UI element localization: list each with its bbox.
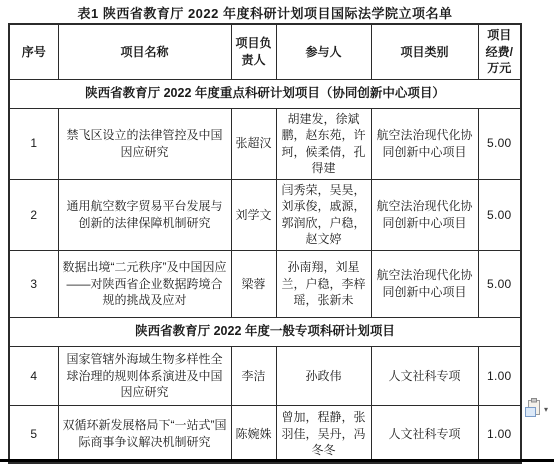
section-header: 陕西省教育厅 2022 年度一般专项科研计划项目 [9, 318, 521, 347]
cell-participants: 孙南翔，刘星兰，户稳，李梓瑶，张新未 [276, 251, 371, 318]
col-header-leader: 项目负责人 [231, 24, 276, 79]
cell-leader: 李洁 [231, 347, 276, 406]
projects-table: 序号 项目名称 项目负责人 参与人 项目类别 项目经费/万元 陕西省教育厅 20… [8, 23, 522, 464]
cell-project-name: 禁飞区设立的法律管控及中国因应研究 [58, 108, 231, 179]
cell-project-name: 通用航空数字贸易平台发展与创新的法律保障机制研究 [58, 179, 231, 250]
cell-serial: 1 [9, 108, 58, 179]
cell-funding: 5.00 [478, 179, 521, 250]
cell-participants: 曾加，程静，张羽佳，吴丹，冯冬冬 [276, 406, 371, 464]
bottom-divider [0, 459, 554, 462]
document-page: 表1 陕西省教育厅 2022 年度科研计划项目国际法学院立项名单 序号 项目名称… [0, 0, 554, 468]
col-header-serial: 序号 [9, 24, 58, 79]
col-header-category: 项目类别 [371, 24, 478, 79]
table-row: 1 禁飞区设立的法律管控及中国因应研究 张超汉 胡建发，徐斌鹏，赵东苑，许珂，候… [9, 108, 521, 179]
cell-category: 航空法治现代化协同创新中心项目 [371, 108, 478, 179]
cell-project-name: 国家管辖外海域生物多样性全球治理的规则体系演进及中国因应研究 [58, 347, 231, 406]
cell-leader: 梁蓉 [231, 251, 276, 318]
col-header-participants: 参与人 [276, 24, 371, 79]
table-row: 3 数据出境“二元秩序”及中国因应——对陕西省企业数据跨境合规的挑战及应对 梁蓉… [9, 251, 521, 318]
cell-participants: 胡建发，徐斌鹏，赵东苑，许珂，候柔倩，孔得建 [276, 108, 371, 179]
section-header: 陕西省教育厅 2022 年度重点科研计划项目（协同创新中心项目） [9, 79, 521, 108]
cell-participants: 闫秀荣，吴昊，刘承俊，戚源，郭润欣，户稳，赵文婷 [276, 179, 371, 250]
section-header-row: 陕西省教育厅 2022 年度重点科研计划项目（协同创新中心项目） [9, 79, 521, 108]
cell-category: 航空法治现代化协同创新中心项目 [371, 251, 478, 318]
table-caption: 表1 陕西省教育厅 2022 年度科研计划项目国际法学院立项名单 [0, 3, 530, 22]
dropdown-arrow-icon: ▾ [544, 406, 548, 414]
cell-serial: 2 [9, 179, 58, 250]
col-header-project-name: 项目名称 [58, 24, 231, 79]
cell-category: 航空法治现代化协同创新中心项目 [371, 179, 478, 250]
cell-serial: 4 [9, 347, 58, 406]
col-header-funding: 项目经费/万元 [478, 24, 521, 79]
cell-leader: 陈婉姝 [231, 406, 276, 464]
cell-category: 人文社科专项 [371, 347, 478, 406]
cell-project-name: 双循环新发展格局下“一站式”国际商事争议解决机制研究 [58, 406, 231, 464]
paste-options-button[interactable]: ▾ [524, 399, 552, 421]
cell-participants: 孙政伟 [276, 347, 371, 406]
cell-leader: 张超汉 [231, 108, 276, 179]
cell-leader: 刘学文 [231, 179, 276, 250]
clipboard-paste-icon [524, 398, 542, 423]
table-row: 5 双循环新发展格局下“一站式”国际商事争议解决机制研究 陈婉姝 曾加，程静，张… [9, 406, 521, 464]
cell-funding: 5.00 [478, 108, 521, 179]
cell-funding: 5.00 [478, 251, 521, 318]
cell-project-name: 数据出境“二元秩序”及中国因应——对陕西省企业数据跨境合规的挑战及应对 [58, 251, 231, 318]
cell-serial: 5 [9, 406, 58, 464]
cell-category: 人文社科专项 [371, 406, 478, 464]
table-row: 2 通用航空数字贸易平台发展与创新的法律保障机制研究 刘学文 闫秀荣，吴昊，刘承… [9, 179, 521, 250]
header-row: 序号 项目名称 项目负责人 参与人 项目类别 项目经费/万元 [9, 24, 521, 79]
cell-funding: 1.00 [478, 406, 521, 464]
section-header-row: 陕西省教育厅 2022 年度一般专项科研计划项目 [9, 318, 521, 347]
cell-funding: 1.00 [478, 347, 521, 406]
table-row: 4 国家管辖外海域生物多样性全球治理的规则体系演进及中国因应研究 李洁 孙政伟 … [9, 347, 521, 406]
cell-serial: 3 [9, 251, 58, 318]
